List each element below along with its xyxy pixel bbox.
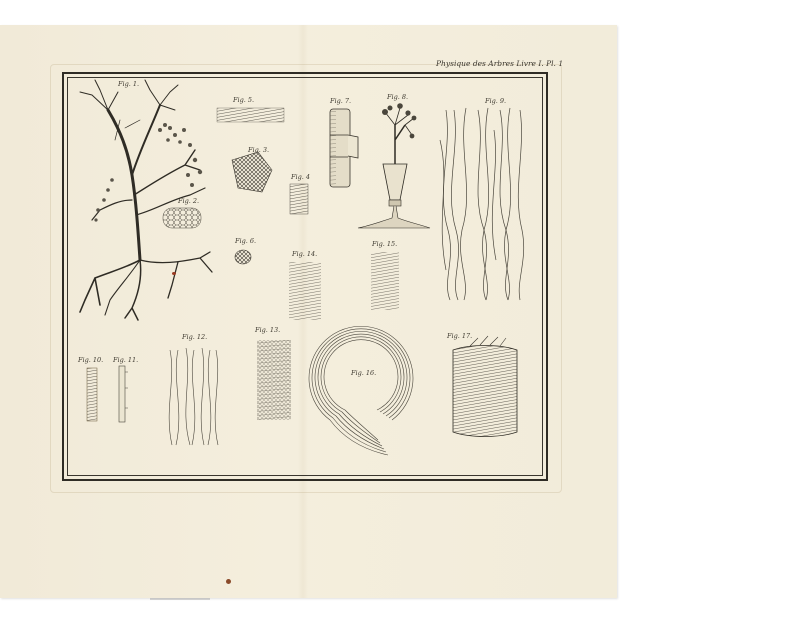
fig15-patch — [371, 252, 399, 310]
foxing-spot — [172, 272, 176, 275]
fig11-stem — [119, 366, 128, 422]
fig16-ring — [309, 326, 413, 455]
fig8-seedling — [358, 103, 430, 228]
fig3-fibre-mass — [232, 152, 272, 192]
fig5-bark-strip — [217, 108, 284, 122]
fig12-fibres — [169, 348, 218, 445]
fig14-patch — [289, 262, 321, 320]
fig17-bark-cylinder — [453, 336, 517, 437]
fig2-cell-mass — [163, 208, 201, 228]
fig7-branch — [330, 109, 358, 187]
fig4-fibre-bundle — [290, 184, 308, 214]
foxing-spot — [226, 579, 231, 584]
fig6-lump — [235, 250, 251, 264]
engraving-illustrations — [0, 0, 800, 622]
fig10-bark-strip — [87, 368, 97, 421]
fig1-tree — [80, 80, 212, 320]
fig9-wavy-fibres — [440, 108, 524, 300]
